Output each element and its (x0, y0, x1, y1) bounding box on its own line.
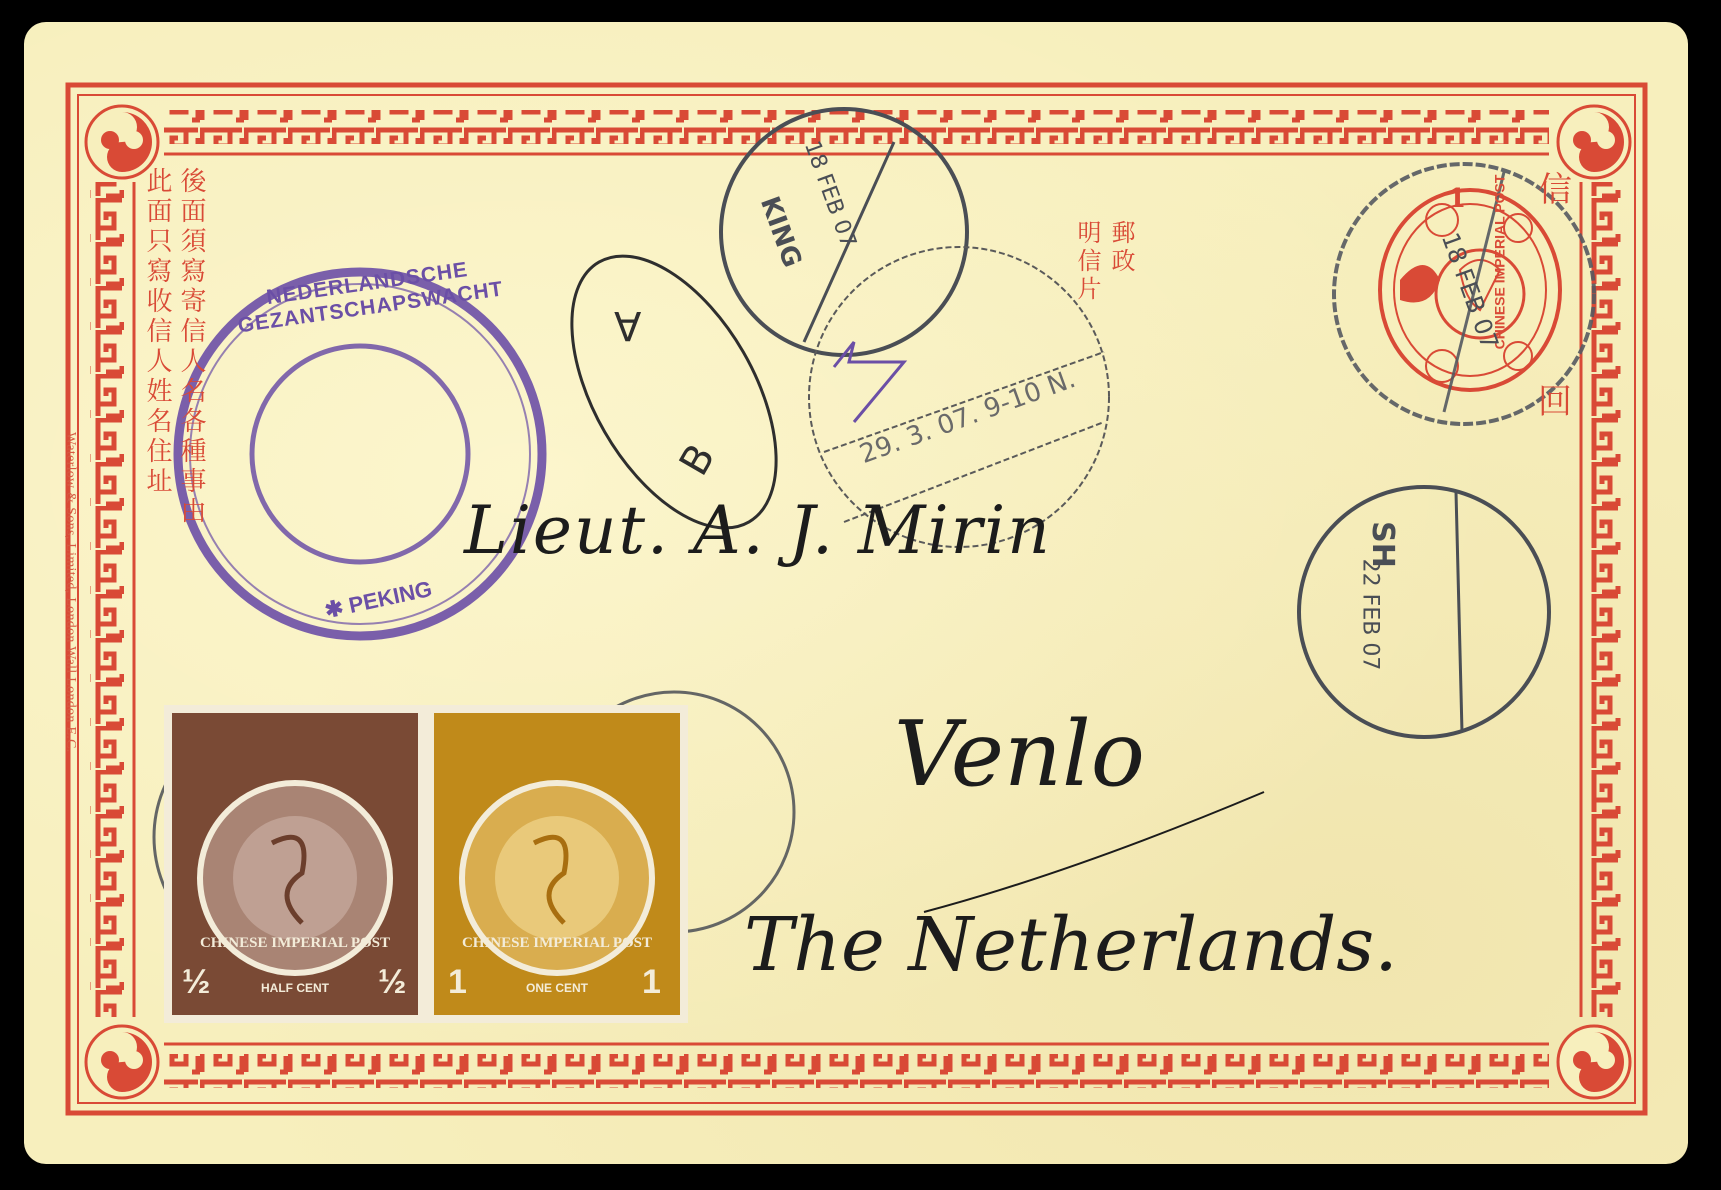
stamp-design: CHINESE IMPERIAL POST HALF CENT ½ ½ (172, 713, 418, 1015)
instruction-column-1: 此面只寫收信人姓名住址 (142, 167, 172, 497)
oval-mark-letter-a: A (614, 302, 641, 348)
corner-char-bottom: 回 (1538, 374, 1572, 423)
stamp-corner-value-left: 1 (448, 963, 467, 1002)
title-line-2: 明信片 (1073, 220, 1101, 304)
stamp-half-cent: CHINESE IMPERIAL POST HALF CENT ½ ½ (164, 705, 426, 1023)
indicium-value: 1 (1448, 184, 1466, 214)
instruction-text-chinese-2: 此面只寫收信人姓名住址 (140, 167, 174, 497)
shanghai-postmark-date: 22 FEB 07 (1357, 559, 1382, 671)
stamp-corner-value-right: 1 (642, 963, 661, 1002)
shanghai-year: 07 (1357, 642, 1382, 670)
stamp-corner-value-left: ½ (182, 963, 210, 1002)
seal-ornament: ✱ (322, 595, 345, 623)
address-line-1: Lieut. A. J. Mirin (464, 492, 1052, 569)
shanghai-postmark (1299, 487, 1549, 737)
address-line-2: Venlo (894, 702, 1145, 807)
printer-imprint: Waterlow & Sons, Limited, London Wall Lo… (62, 432, 78, 753)
stamp-design: CHINESE IMPERIAL POST ONE CENT 1 1 (434, 713, 680, 1015)
shanghai-month: FEB (1357, 594, 1382, 636)
instruction-text-chinese: 後面須寫寄信人名各種事由 (174, 167, 208, 527)
stamp-one-cent: CHINESE IMPERIAL POST ONE CENT 1 1 (426, 705, 688, 1023)
address-line-3: The Netherlands. (744, 902, 1398, 988)
card-title-chinese: 郵政 (1104, 220, 1138, 276)
stamp-legend: CHINESE IMPERIAL POST (444, 935, 670, 952)
title-line-1: 郵政 (1107, 220, 1135, 276)
postcard: 後面須寫寄信人名各種事由 此面只寫收信人姓名住址 郵政 明信片 信 回 CHIN… (24, 22, 1688, 1164)
corner-char-top: 信 (1538, 162, 1572, 211)
stamp-legend: CHINESE IMPERIAL POST (182, 935, 408, 952)
card-title-chinese-2: 明信片 (1070, 220, 1104, 304)
instruction-column-2: 後面須寫寄信人名各種事由 (176, 167, 206, 527)
stamp-corner-value-right: ½ (378, 963, 406, 1002)
shanghai-day: 22 (1357, 559, 1382, 587)
